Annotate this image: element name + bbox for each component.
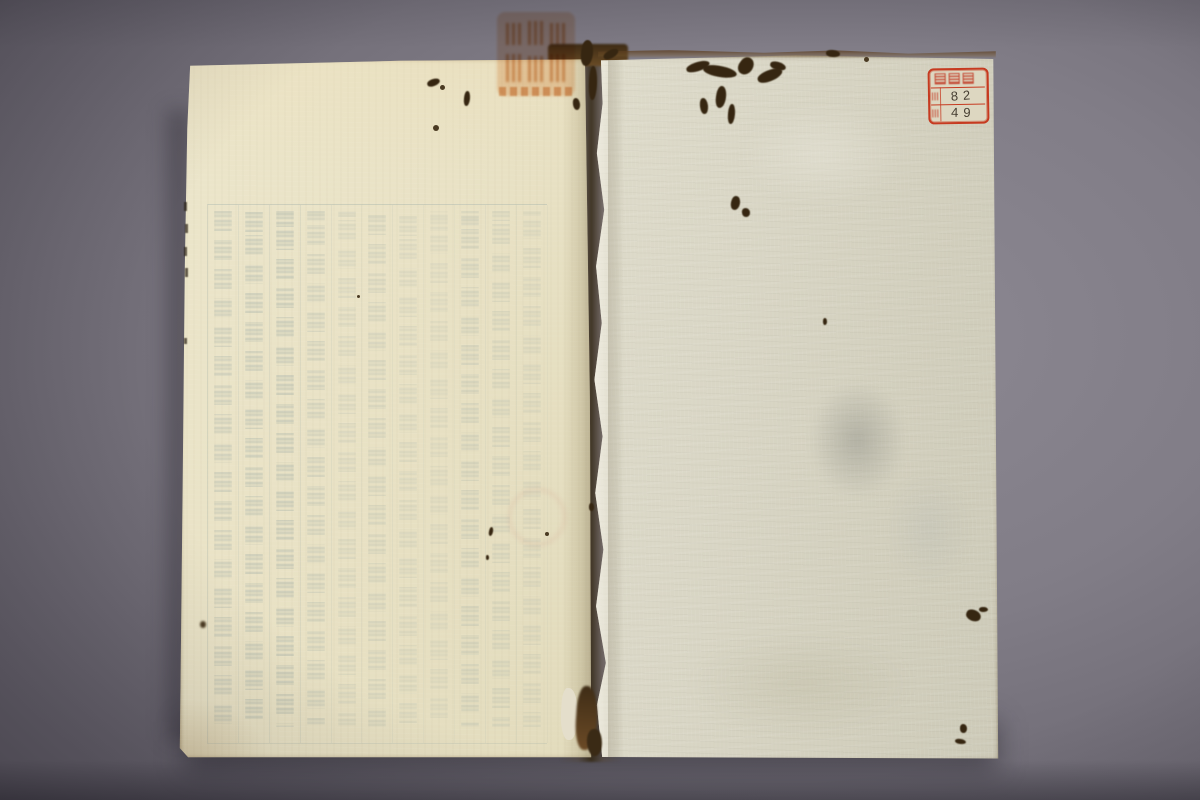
- worm-damage-mark: [979, 607, 988, 612]
- call-number-bottom: 49: [941, 105, 985, 122]
- seal-glyph-icon: [932, 109, 938, 117]
- right-page: [592, 54, 999, 762]
- bleedthrough-column: [393, 205, 424, 743]
- page-edge-nick: [185, 268, 188, 277]
- page-edge-nick: [184, 247, 187, 256]
- seal-glyph-icon: [932, 92, 938, 100]
- paper-speck: [486, 555, 489, 560]
- bleedthrough-column: [455, 205, 486, 743]
- page-edge-nick: [184, 202, 187, 211]
- call-number-top: 82: [940, 86, 985, 105]
- paper-speck: [357, 295, 360, 298]
- bleedthrough-text-block: [207, 204, 547, 744]
- bleedthrough-column: [301, 205, 332, 743]
- paper-speck: [823, 318, 827, 325]
- cover-edge-line: [598, 50, 996, 58]
- torn-edge-shadow: [608, 54, 624, 762]
- worm-damage-mark: [589, 503, 594, 511]
- seal-glyph-icon: [935, 73, 946, 84]
- ink-spot: [433, 125, 439, 131]
- paper-tone-patch: [712, 84, 932, 224]
- left-page: [179, 58, 592, 760]
- bleedthrough-column: [424, 205, 455, 743]
- bleedthrough-column: [362, 205, 393, 743]
- paper-speck: [864, 57, 869, 62]
- photo-of-open-book: 82 49: [0, 0, 1200, 800]
- bleedthrough-column: [332, 205, 363, 743]
- page-edge-nick: [185, 224, 188, 233]
- ink-spot: [440, 85, 445, 90]
- faint-blue-stain: [872, 454, 987, 604]
- library-label: 82 49: [928, 67, 990, 124]
- bleedthrough-column: [239, 205, 270, 743]
- bleedthrough-column: [486, 205, 517, 743]
- bleedthrough-column: [270, 205, 301, 743]
- bleedthrough-column: [208, 205, 239, 743]
- paper-speck: [545, 532, 549, 536]
- bleedthrough-column: [517, 205, 548, 743]
- seal-glyph-icon: [963, 73, 974, 84]
- label-seal-stamp: [932, 71, 986, 87]
- olive-stain: [652, 614, 952, 754]
- paper-speck: [200, 621, 206, 628]
- seal-glyph-icon: [949, 73, 960, 84]
- paper-tone-patch: [179, 58, 592, 178]
- worm-damage-mark: [960, 724, 967, 733]
- page-edge-nick: [184, 338, 187, 344]
